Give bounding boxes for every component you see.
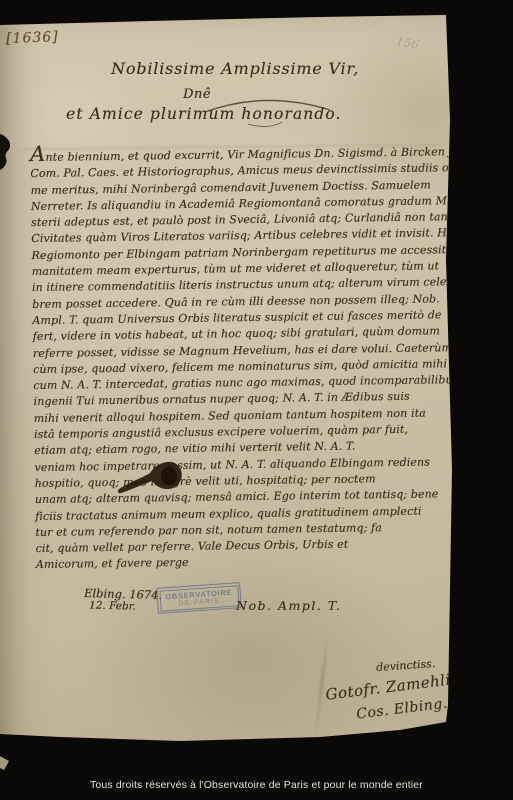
scan-background: [1636] 156 Nobilissime Amplissime Vir, D… [0, 0, 513, 800]
letter-body-line: in itinere commendatitiis literis instru… [32, 274, 454, 296]
letter-body-line: hospitio, quoq; meo integrè velit uti, h… [35, 470, 457, 492]
letter-body-line: tur et cum referendo par non sit, notum … [35, 519, 457, 541]
pen-flourish [0, 0, 513, 800]
letter-body-line: referre posset, vidisse se Magnum Heveli… [33, 340, 455, 362]
letter-body-line: Nerreter. Is aliquandiu in Academiâ Regi… [31, 193, 453, 215]
letter-body-line: Regiomonto per Elbingam patriam Norinber… [31, 242, 453, 264]
place-date-line-1: Elbing. 1674. [84, 586, 162, 602]
signature-name: Gotofr. Zamehlius [324, 668, 469, 703]
letter-body: Ante biennium, et quod excurrit, Vir Mag… [30, 144, 458, 574]
place-date-line-2: 12. Febr. [89, 599, 136, 612]
salutation-line-1: Nobilissime Amplissime Vir, [0, 59, 470, 78]
observatory-stamp-text-1: OBSERVATOIRE [165, 587, 232, 601]
letter-body-line: Com. Pal. Caes. et Historiographus, Amic… [30, 160, 452, 182]
observatory-stamp-frame: OBSERVATOIRE DE PARIS [159, 585, 239, 611]
observatory-stamp-text-2: DE PARIS [166, 596, 233, 608]
salutation-line-2: Dnê [183, 87, 211, 102]
letter-body-line: fert, videre in votis habeat, ut in hoc … [33, 323, 455, 345]
letter-body-line: unam atq; alteram quavisq; mensâ amici. … [35, 486, 457, 508]
letter-body-line: veniam hoc impetrare possim, ut N. A. T.… [34, 454, 456, 476]
letter-body-line: Civitates quàm Viros Literatos variisq; … [31, 226, 453, 248]
letter-body-line: cit, quàm vellet par referre. Vale Decus… [35, 535, 457, 557]
letter-body-line: Amicorum, et favere perge [36, 551, 458, 573]
rights-caption: Tous droits réservés à l'Observatoire de… [0, 779, 513, 791]
letter-body-line: etiam atq; etiam rogo, ne vitio mihi ver… [34, 437, 456, 459]
letter-body-line: sterii adeptus est, et paulò post in Sve… [31, 209, 453, 231]
letter-body-line: mihi venerit alloqui hospitem. Sed quoni… [34, 405, 456, 427]
letter-body-line: manitatem meam experturus, tùm ut me vid… [32, 258, 454, 280]
valediction: devinctiss. [376, 657, 436, 674]
letter-body-line: Ante biennium, et quod excurrit, Vir Mag… [30, 144, 452, 166]
letter-body-line: ficiis tractatus animum meum explico, qu… [35, 503, 457, 525]
letter-body-line: ingenii Tui muneribus ornatus nuper quoq… [33, 389, 455, 411]
letter-body-line: cum N. A. T. intercedat, gratias nunc ag… [33, 372, 455, 394]
salutation-line-3: et Amice plurimum honorando. [66, 105, 341, 123]
edge-ink-stain [0, 134, 10, 170]
signature-title: Cos. Elbing. [355, 695, 448, 722]
letter-body-line: brem posset accedere. Quâ in re cùm illi… [32, 291, 454, 313]
paper-crease-top [20, 144, 440, 150]
ink-blot [0, 0, 513, 800]
letter-body-line: me meritus, mihi Norinbergâ comendavit J… [30, 177, 452, 199]
observatory-stamp: OBSERVATOIRE DE PARIS [156, 582, 242, 614]
letter-body-line: Ampl. T. quam Universus Orbis literatus … [32, 307, 454, 329]
archive-number-annotation: [1636] [6, 29, 59, 47]
letter-body-line: istâ temporis angustiâ exclusus excipere… [34, 421, 456, 443]
address-abbreviation: Nob. Ampl. T. [236, 598, 341, 613]
letter-body-line: cùm ipse, quoad vixero, felicem me nomin… [33, 356, 455, 378]
folio-number-annotation: 156 [395, 34, 420, 51]
manuscript-sheet: [1636] 156 Nobilissime Amplissime Vir, D… [0, 0, 513, 800]
paper-fold-crease [313, 632, 329, 740]
